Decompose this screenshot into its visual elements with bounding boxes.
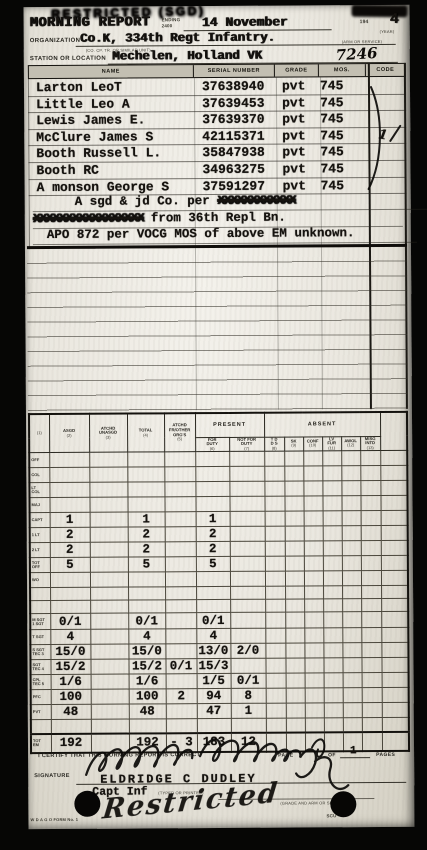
stats-cell <box>127 467 164 482</box>
station-caption: (ARM OR SERVICE) <box>342 39 382 44</box>
stats-row-label: T SGT <box>30 630 50 645</box>
roster-grade: pvt <box>282 128 305 143</box>
stats-cell: 192 <box>129 733 166 752</box>
stats-cell <box>265 599 285 612</box>
stats-cell <box>166 719 197 733</box>
stats-cell <box>362 703 382 718</box>
stats-cell <box>264 481 284 496</box>
stats-cell-extra <box>380 451 407 466</box>
stats-cell: 2 <box>166 689 197 704</box>
stats-cell <box>361 628 381 643</box>
roster-col-serial: SERIAL NUMBER <box>194 65 275 77</box>
punch-hole-left <box>74 791 100 817</box>
roster-mos: 745 <box>321 178 344 193</box>
stats-cell: 12 <box>231 733 266 752</box>
stats-cell <box>166 704 197 719</box>
report-date: 14 November <box>202 15 288 31</box>
stats-cell: 5 <box>128 557 165 572</box>
roster-serial: 34963275 <box>202 162 265 177</box>
stats-cell <box>285 511 304 526</box>
stats-cell <box>303 481 322 496</box>
paper-sheet: RESTRICTED (SGD) MORNING REPORT ENDING 2… <box>23 5 414 829</box>
stats-group-present: PRESENT <box>195 413 264 437</box>
page-total: 1 <box>350 745 357 757</box>
stats-col-atchd-unasgd: ATCHD UNASGD(3) <box>89 414 127 453</box>
stats-cell <box>266 703 286 718</box>
stats-cell-extra <box>380 466 407 481</box>
stats-cell <box>343 688 362 703</box>
stats-cell <box>360 466 380 481</box>
roster-grade: pvt <box>282 112 305 127</box>
roster-mos: 745 <box>320 78 343 93</box>
stats-cell <box>323 643 342 658</box>
stats-cell <box>165 557 196 572</box>
stats-row-label: CAPT <box>30 513 50 528</box>
stats-cell <box>165 587 196 600</box>
stats-cell <box>284 451 303 466</box>
stats-col-sk: SK(9) <box>284 436 303 451</box>
stats-cell <box>230 542 265 557</box>
stats-cell: 15/0 <box>50 645 90 660</box>
stats-cell: 1 <box>196 512 230 527</box>
stats-cell <box>195 497 229 512</box>
stats-cell <box>304 599 323 612</box>
stats-cell-extra <box>380 496 407 511</box>
stats-cell <box>50 573 90 588</box>
stats-cell <box>165 527 196 542</box>
stats-cell <box>324 718 343 732</box>
stats-cell <box>343 673 362 688</box>
stats-cell <box>304 586 323 599</box>
stats-cell <box>304 571 323 586</box>
roster-serial: 37638940 <box>202 79 265 94</box>
stats-cell-extra <box>381 571 408 586</box>
stats-cell <box>285 541 304 556</box>
station-value: Mechelen, Holland VK <box>112 49 262 64</box>
stats-cell <box>230 659 265 674</box>
stats-cell <box>230 557 265 572</box>
stats-cell <box>285 643 304 658</box>
stats-cell <box>229 467 264 482</box>
stats-cell <box>285 586 304 599</box>
stats-col-atchd-fr: ATCHD FR/OTHER ORG'S(5) <box>164 413 195 452</box>
stats-cell <box>361 496 381 511</box>
stats-cell-extra <box>382 732 409 751</box>
stats-cell <box>90 600 128 613</box>
stats-cell <box>285 571 304 586</box>
stats-cell <box>49 483 89 498</box>
roster-serial: 37591297 <box>203 178 266 193</box>
stats-cell <box>342 658 361 673</box>
stats-cell <box>342 643 361 658</box>
stats-row-label: PVT <box>31 705 51 720</box>
ending-label: ENDING <box>162 17 181 22</box>
stats-cell <box>285 628 304 643</box>
stats-row-label: CPL TEC 5 <box>31 675 51 690</box>
stats-cell <box>127 482 164 497</box>
stats-cell: 8 <box>231 689 266 704</box>
organization-label: ORGANIZATION <box>30 38 81 44</box>
stats-cell <box>303 451 322 466</box>
stats-cell: 4 <box>50 630 90 645</box>
stats-row-label: M SGT 1 SGT <box>30 614 50 630</box>
stats-cell <box>90 572 128 587</box>
stats-cell <box>323 556 342 571</box>
stats-cell <box>266 732 286 751</box>
stats-cell <box>265 541 285 556</box>
stats-cell <box>361 541 381 556</box>
stats-cell <box>127 497 164 512</box>
stats-cell <box>266 718 286 732</box>
stats-cell <box>323 599 342 612</box>
blank-ruled-section <box>27 247 408 411</box>
stats-cell <box>285 658 304 673</box>
stats-cell <box>90 659 128 674</box>
stats-cell <box>304 643 323 658</box>
stats-cell: 1/5 <box>197 674 231 689</box>
roster-grade: pvt <box>282 161 305 176</box>
of-label: OF <box>328 752 336 758</box>
roster-serial: 42115371 <box>202 129 265 144</box>
stats-cell <box>265 571 285 586</box>
stats-cell <box>361 511 381 526</box>
stats-row-label <box>30 601 50 614</box>
roster-name: McClure James S <box>36 129 153 145</box>
stats-cell: 15/2 <box>50 660 90 675</box>
stats-cell: 0/1 <box>50 614 90 630</box>
stats-cell <box>324 688 343 703</box>
stats-cell <box>264 451 284 466</box>
stats-row-label <box>31 720 51 734</box>
stats-cell <box>230 629 265 644</box>
stats-col-total: TOTAL(4) <box>127 413 164 452</box>
stats-cell <box>362 718 382 732</box>
stats-cell <box>322 451 341 466</box>
stats-cell <box>284 481 303 496</box>
stats-cell <box>266 688 286 703</box>
stats-cell <box>304 658 323 673</box>
stats-row-label: PFC <box>31 690 51 705</box>
stats-cell <box>264 466 284 481</box>
stats-cell <box>165 542 196 557</box>
stats-cell: 1 <box>128 512 165 527</box>
roster-name: Booth RC <box>36 163 99 178</box>
stats-cell <box>166 674 197 689</box>
stats-cell: 15/3 <box>196 659 230 674</box>
stats-cell: 2 <box>128 542 165 557</box>
stats-cell-extra <box>381 658 408 673</box>
stats-cell: 94 <box>197 689 231 704</box>
stats-col-awol: AWOL(12) <box>341 436 360 451</box>
stats-col-extra <box>380 412 407 451</box>
stats-cell <box>129 719 166 733</box>
stats-cell-extra <box>382 703 409 718</box>
stats-cell <box>304 556 323 571</box>
stats-cell <box>229 452 264 467</box>
stats-cell <box>195 452 229 467</box>
certify-text: I CERTIFY THAT THIS MORNING REPORT IS CO… <box>38 752 200 759</box>
year-prefix: 194 <box>360 19 369 25</box>
roster-mos: 745 <box>320 111 343 126</box>
stats-cell <box>361 556 381 571</box>
year-digit: 4 <box>390 11 399 28</box>
stats-cell <box>164 467 195 482</box>
scanned-morning-report: { "header": { "stamp": "RESTRICTED (SGD)… <box>0 0 427 850</box>
stats-cell: 15/2 <box>128 659 165 674</box>
stats-group-absent: ABSENT <box>264 412 380 437</box>
roster-col-mos: MOS. <box>319 64 366 76</box>
stats-cell <box>284 466 303 481</box>
roster-col-name: NAME <box>29 65 194 78</box>
stats-cell-extra <box>381 541 408 556</box>
stats-table: (1) ASGD(2) ATCHD UNASGD(3) TOTAL(4) ATC… <box>28 411 410 754</box>
stats-cell <box>265 526 285 541</box>
stats-cell <box>286 673 305 688</box>
form-number: W D A G O FORM No. 1 <box>30 817 78 822</box>
stats-cell <box>342 496 361 511</box>
stats-cell: 2 <box>196 527 230 542</box>
stats-cell: 2 <box>196 542 230 557</box>
stats-cell <box>265 612 285 628</box>
roster-name: Larton LeoT <box>36 80 122 96</box>
signature-tail <box>315 757 348 789</box>
stats-cell <box>91 704 129 719</box>
stats-cell <box>361 658 381 673</box>
stats-cell <box>323 612 342 628</box>
stats-cell <box>165 512 196 527</box>
stats-row-label <box>30 588 50 601</box>
stats-cell <box>322 481 341 496</box>
stats-cell <box>165 644 196 659</box>
stats-cell: 183 <box>197 733 231 752</box>
stats-cell <box>361 612 381 628</box>
stats-cell <box>91 719 129 733</box>
stats-cell <box>49 498 89 513</box>
stats-cell-extra <box>381 643 408 658</box>
stats-cell <box>128 587 165 600</box>
stats-cell <box>196 572 230 587</box>
stats-cell: 48 <box>51 705 91 720</box>
stats-cell <box>323 541 342 556</box>
stats-cell <box>90 557 128 572</box>
stats-cell: 0/1 <box>165 659 196 674</box>
stats-row-label: MAJ <box>29 498 49 513</box>
roster-serial: 37639453 <box>202 95 265 110</box>
stats-cell: 1/6 <box>51 675 91 690</box>
stats-cell <box>195 482 229 497</box>
stats-cell <box>361 571 381 586</box>
stats-cell <box>362 732 382 751</box>
stats-cell <box>90 587 128 600</box>
stats-cell <box>341 466 360 481</box>
stats-cell <box>128 572 165 587</box>
stats-cell <box>265 556 285 571</box>
stats-cell <box>165 613 196 629</box>
stats-cell <box>285 496 304 511</box>
stats-cell <box>304 541 323 556</box>
stats-cell-extra <box>381 612 408 628</box>
stats-cell <box>265 586 285 599</box>
roster-name: Lewis James E. <box>36 113 145 129</box>
scu-text: SCU <box>326 813 336 818</box>
stats-cell <box>91 674 129 689</box>
roster-name: A monson George S <box>37 179 170 195</box>
roster-mos: 745 <box>320 145 343 160</box>
stats-cell: 5 <box>196 557 230 572</box>
stats-cell <box>360 481 380 496</box>
stats-cell <box>305 688 324 703</box>
stats-cell-extra <box>381 511 408 526</box>
stats-cell <box>49 468 89 483</box>
stats-cell <box>89 452 127 467</box>
stats-cell <box>304 628 323 643</box>
stats-cell <box>195 467 229 482</box>
remark-line: APO 872 per VOCG MOS of above EM unknown… <box>33 226 417 245</box>
stats-cell <box>50 588 90 601</box>
stats-col-td-ds: T D D S(8) <box>264 437 284 452</box>
stats-cell <box>285 556 304 571</box>
stats-cell: 192 <box>51 734 91 753</box>
stats-row-label: OFF <box>29 453 49 468</box>
ink-blob <box>351 5 407 18</box>
stats-cell <box>165 600 196 613</box>
roster-grade: pvt <box>282 78 305 93</box>
stats-cell <box>164 482 195 497</box>
stats-cell <box>322 466 341 481</box>
stats-cell: 4 <box>196 629 230 644</box>
organization-value: Co.K, 334th Regt Infantry. <box>80 31 275 46</box>
stats-cell <box>323 496 342 511</box>
stats-cell <box>165 572 196 587</box>
stats-col-not-for-duty: NOT FOR DUTY(7) <box>229 437 264 452</box>
stats-cell <box>286 703 305 718</box>
stats-cell <box>342 586 361 599</box>
page-label: PAGE <box>278 753 293 759</box>
stats-cell <box>323 571 342 586</box>
stats-cell <box>303 466 322 481</box>
stats-cell <box>305 732 324 751</box>
stats-cell <box>265 511 285 526</box>
stats-cell <box>342 599 361 612</box>
stats-row-label: 2 LT <box>30 543 50 558</box>
stats-cell: 100 <box>129 689 166 704</box>
stats-cell <box>362 688 382 703</box>
stats-cell <box>230 527 265 542</box>
stats-cell <box>196 600 230 613</box>
stats-cell: 1 <box>231 704 266 719</box>
stats-cell <box>285 612 304 628</box>
stats-cell: 2 <box>50 528 90 543</box>
stats-cell <box>230 512 265 527</box>
stats-cell <box>360 451 380 466</box>
year-caption: (YEAR) <box>380 29 395 34</box>
stats-cell <box>231 719 266 733</box>
stats-cell <box>230 613 265 629</box>
stats-cell <box>341 451 360 466</box>
stats-cell-extra <box>380 481 407 496</box>
stats-cell <box>49 453 89 468</box>
stats-cell <box>230 572 265 587</box>
stats-cell <box>341 481 360 496</box>
stats-cell <box>342 511 361 526</box>
stats-cell <box>305 703 324 718</box>
stats-cell <box>165 629 196 644</box>
stats-col-rowlabel: (1) <box>29 414 49 453</box>
roster-col-grade: GRADE <box>275 64 319 76</box>
stats-cell: 0/1 <box>231 674 266 689</box>
roster-mos: 745 <box>320 128 343 143</box>
stats-cell <box>343 718 362 732</box>
report-title: MORNING REPORT <box>30 15 151 31</box>
stats-col-misg: MISG INTD(13) <box>360 436 380 451</box>
stats-cell <box>305 718 324 732</box>
stats-cell <box>230 587 265 600</box>
stats-cell: 0/1 <box>128 613 165 629</box>
stats-cell: 0/1 <box>196 613 230 629</box>
stats-cell <box>229 497 264 512</box>
stats-cell: 13/0 <box>196 644 230 659</box>
stats-cell: 2 <box>50 543 90 558</box>
stats-cell-extra <box>382 673 409 688</box>
stats-cell-extra <box>381 556 408 571</box>
stats-cell <box>305 673 324 688</box>
stats-cell <box>324 732 343 751</box>
roster-name: Booth Russell L. <box>36 146 161 162</box>
stats-cell: 15/0 <box>128 644 165 659</box>
stats-cell <box>304 511 323 526</box>
stats-cell <box>91 689 129 704</box>
stats-cell: 5 <box>50 558 90 573</box>
stats-cell-extra <box>381 628 408 643</box>
stats-cell: - 3 <box>166 733 197 752</box>
stats-cell: 2/0 <box>230 644 265 659</box>
stats-cell <box>323 511 342 526</box>
stats-cell <box>361 643 381 658</box>
stats-cell <box>342 612 361 628</box>
stats-cell <box>196 587 230 600</box>
stats-col-for-duty: FOR DUTY(6) <box>195 437 229 452</box>
stats-cell <box>90 644 128 659</box>
roster-mos: 745 <box>320 161 343 176</box>
stats-cell-extra <box>381 599 408 612</box>
stats-cell <box>323 658 342 673</box>
stats-cell-extra <box>382 688 409 703</box>
stats-col-asgd: ASGD(2) <box>49 414 89 453</box>
stats-cell <box>343 703 362 718</box>
stats-cell <box>89 497 127 512</box>
roster-code: 1 <box>377 127 388 143</box>
stats-cell: 1/6 <box>129 674 166 689</box>
stats-row-label: SGT TEC 4 <box>30 660 50 675</box>
stats-row-label: TOT OFF <box>30 558 50 573</box>
stats-cell <box>89 467 127 482</box>
stats-cell <box>90 629 128 644</box>
stats-cell <box>324 673 343 688</box>
stats-row-label: LT COL <box>29 483 49 498</box>
stats-cell <box>342 571 361 586</box>
stats-cell <box>265 658 285 673</box>
stats-cell <box>342 526 361 541</box>
stats-col-lv-fur: LV FUR(11) <box>322 436 341 451</box>
stats-row-label: TOT EM <box>31 734 51 753</box>
stats-cell <box>90 512 128 527</box>
stats-cell: 48 <box>129 704 166 719</box>
stats-cell <box>323 628 342 643</box>
stats-row-label: 1 LT <box>30 528 50 543</box>
roster-col-code: CODE <box>366 64 405 76</box>
stats-cell-extra <box>381 526 408 541</box>
stats-cell-extra <box>382 718 409 732</box>
